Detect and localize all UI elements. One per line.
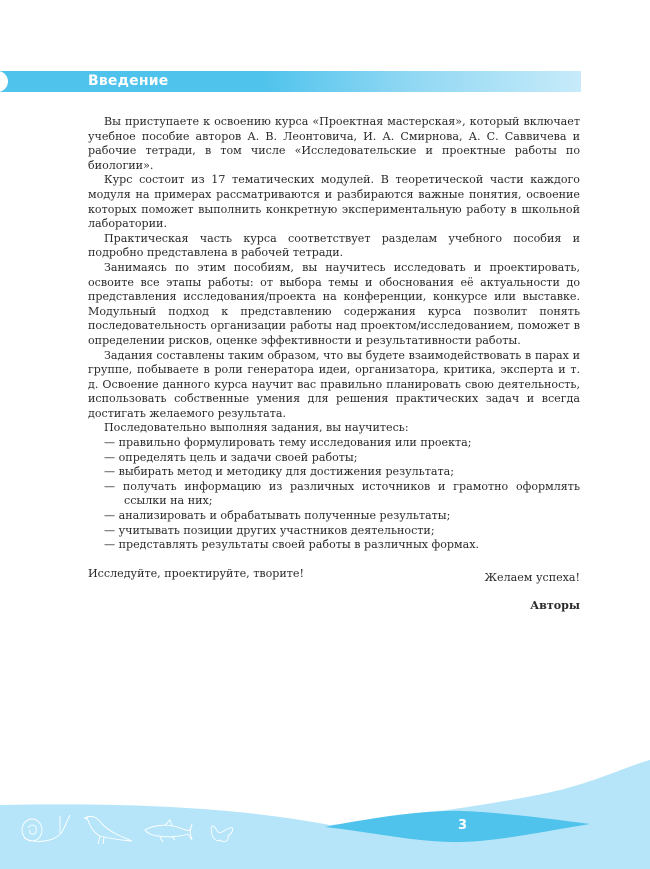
list-item: — представлять результаты своей работы в…: [96, 538, 580, 553]
list-item: — учитывать позиции других участников де…: [96, 524, 580, 539]
wish-line: Желаем успеха!: [485, 571, 580, 584]
paragraph: Практическая часть курса соответствует р…: [88, 232, 580, 261]
list-item: — определять цель и задачи своей работы;: [96, 451, 580, 466]
paragraph: Последовательно выполняя задания, вы нау…: [88, 421, 580, 436]
intro-text: Вы приступаете к освоению курса «Проектн…: [88, 115, 580, 581]
footer-wave: [0, 760, 650, 869]
paragraph: Задания составлены таким образом, что вы…: [88, 349, 580, 422]
paragraph: Вы приступаете к освоению курса «Проектн…: [88, 115, 580, 173]
page-number: 3: [458, 818, 467, 833]
signature: Авторы: [530, 599, 580, 612]
list-item: — выбирать метод и методику для достижен…: [96, 465, 580, 480]
list-item: — получать информацию из различных источ…: [96, 480, 580, 509]
skills-list: — правильно формулировать тему исследова…: [88, 436, 580, 553]
paragraph: Занимаясь по этим пособиям, вы научитесь…: [88, 261, 580, 349]
list-item: — анализировать и обрабатывать полученны…: [96, 509, 580, 524]
section-title: Введение: [88, 72, 168, 91]
paragraph: Курс состоит из 17 тематических модулей.…: [88, 173, 580, 231]
list-item: — правильно формулировать тему исследова…: [96, 436, 580, 451]
